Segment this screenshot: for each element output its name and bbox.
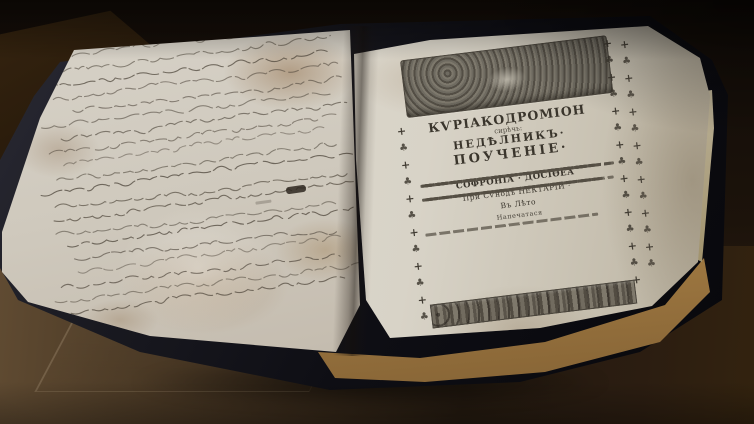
floral-ornament-icon: ♣ xyxy=(630,153,648,172)
floral-ornament-icon: ♣ xyxy=(618,52,636,71)
floral-ornament-icon: ♣ xyxy=(643,254,661,273)
cross-ornament-icon: + xyxy=(624,103,642,122)
floral-ornament-icon: ♣ xyxy=(638,221,656,240)
cross-ornament-icon: + xyxy=(409,257,427,276)
cross-ornament-icon: + xyxy=(616,35,634,54)
handwriting-stroke xyxy=(74,224,337,266)
floral-ornament-icon: ♣ xyxy=(399,173,417,192)
floral-ornament-icon: ♣ xyxy=(613,152,631,171)
cross-ornament-icon: + xyxy=(641,238,659,257)
handwriting-stroke xyxy=(34,49,329,91)
floral-ornament-icon: ♣ xyxy=(411,274,429,293)
cross-ornament-icon: + xyxy=(623,237,641,256)
cross-ornament-icon: + xyxy=(611,135,629,154)
cross-ornament-icon: + xyxy=(405,223,423,242)
handwriting-stroke xyxy=(49,113,339,156)
floral-ornament-icon: ♣ xyxy=(634,187,652,206)
floral-ornament-icon: ♣ xyxy=(626,119,644,138)
handwriting-stroke xyxy=(55,259,376,305)
handwriting-stroke xyxy=(56,141,338,183)
handwriting-stroke xyxy=(71,275,345,314)
handwriting-stroke xyxy=(40,150,353,196)
cross-ornament-icon: + xyxy=(603,68,621,87)
floral-ornament-icon: ♣ xyxy=(403,206,421,225)
floral-ornament-icon: ♣ xyxy=(621,220,639,239)
cross-ornament-icon: + xyxy=(628,136,646,155)
cross-ornament-icon: + xyxy=(607,102,625,121)
cross-ornament-icon: + xyxy=(615,169,633,188)
printed-text-block: +♣+♣+♣+♣+♣+♣ +♣+♣+♣+♣+♣+♣+♣+ +♣+♣+♣+♣+♣+… xyxy=(388,33,658,336)
cross-ornament-icon: + xyxy=(619,203,637,222)
cross-ornament-icon: + xyxy=(598,34,616,53)
handwriting-stroke xyxy=(61,101,348,144)
floral-ornament-icon: ♣ xyxy=(625,254,643,273)
cross-ornament-icon: + xyxy=(401,189,419,208)
floral-ornament-icon: ♣ xyxy=(609,119,627,138)
cross-ornament-icon: + xyxy=(413,291,431,310)
cross-ornament-icon: + xyxy=(632,170,650,189)
cross-ornament-icon: + xyxy=(620,69,638,88)
floral-ornament-icon: ♣ xyxy=(600,51,618,70)
floral-ornament-icon: ♣ xyxy=(605,85,623,104)
cross-ornament-icon: + xyxy=(636,204,654,223)
floral-ornament-icon: ♣ xyxy=(617,186,635,205)
handwriting-stroke xyxy=(73,75,342,116)
body-text: СОФРОНІА · ДОСІѲЕА При Сѵнодѣ НЕКТАРІЙ ·… xyxy=(419,162,616,234)
photo-antique-book: +♣+♣+♣+♣+♣+♣ +♣+♣+♣+♣+♣+♣+♣+ +♣+♣+♣+♣+♣+… xyxy=(0,0,754,424)
floral-ornament-icon: ♣ xyxy=(407,240,425,259)
floral-ornament-icon: ♣ xyxy=(622,86,640,105)
handwriting-stroke xyxy=(41,89,333,131)
